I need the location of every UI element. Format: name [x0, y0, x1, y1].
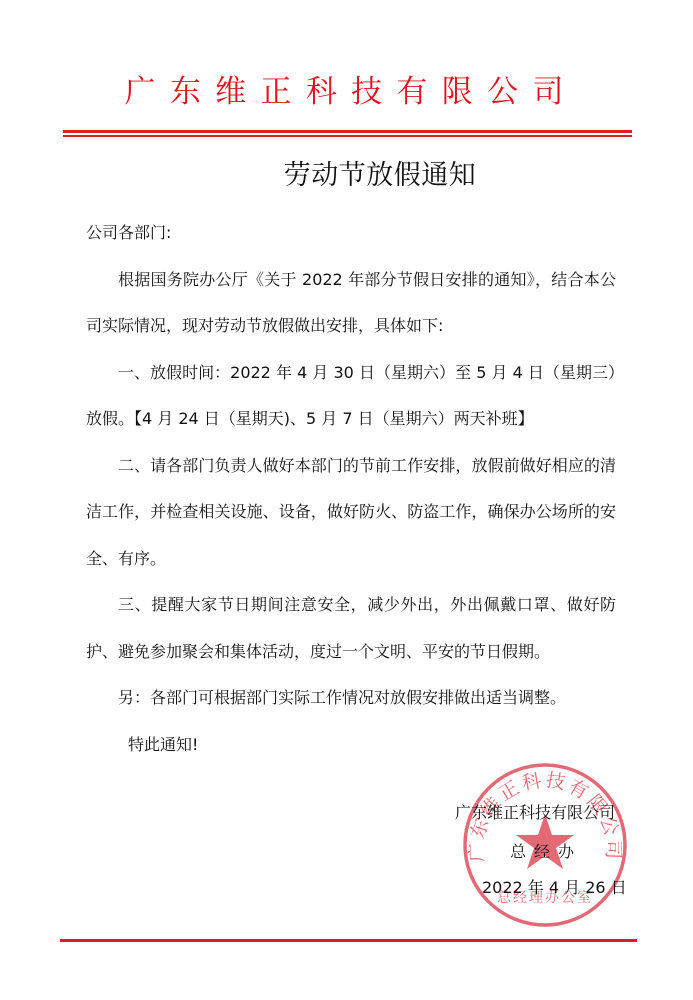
signature-office: 总经办	[510, 842, 582, 862]
letterhead-company-name: 广 东 维 正 科 技 有 限 公 司	[124, 72, 564, 112]
letterhead-char: 广	[124, 72, 156, 112]
document-title: 劳动节放假通知	[0, 158, 693, 194]
letterhead-char: 东	[169, 72, 201, 112]
paragraph-intro: 根据国务院办公厅《关于 2022 年部分节假日安排的通知》，结合本公司实际情况，…	[86, 257, 616, 350]
signature-date: 2022 年 4 月 26 日	[482, 878, 627, 898]
paragraph-holiday-time: 一、放假时间：2022 年 4 月 30 日（星期六）至 5 月 4 日（星期三…	[86, 350, 616, 443]
letterhead-char: 公	[487, 72, 519, 112]
letterhead-char: 司	[532, 72, 564, 112]
letterhead-char: 有	[396, 72, 428, 112]
footer-rule	[60, 939, 637, 942]
signature-company: 广东维正科技有限公司	[455, 803, 615, 823]
salutation: 公司各部门:	[86, 210, 616, 257]
letterhead-char: 限	[441, 72, 473, 112]
paragraph-adjustment-note: 另：各部门可根据部门实际工作情况对放假安排做出适当调整。	[86, 675, 616, 722]
letterhead-char: 科	[305, 72, 337, 112]
document-body: 公司各部门: 根据国务院办公厅《关于 2022 年部分节假日安排的通知》，结合本…	[86, 210, 616, 768]
paragraph-department-duties: 二、请各部门负责人做好本部门的节前工作安排，放假前做好相应的清洁工作，并检查相关…	[86, 443, 616, 583]
letterhead-char: 技	[351, 72, 383, 112]
letterhead-rule-thin	[63, 135, 632, 137]
letterhead-rule-thick	[63, 130, 632, 133]
letterhead-char: 维	[215, 72, 247, 112]
paragraph-safety-reminder: 三、提醒大家节日期间注意安全，减少外出，外出佩戴口罩、做好防护、避免参加聚会和集…	[86, 582, 616, 675]
letterhead-char: 正	[260, 72, 292, 112]
